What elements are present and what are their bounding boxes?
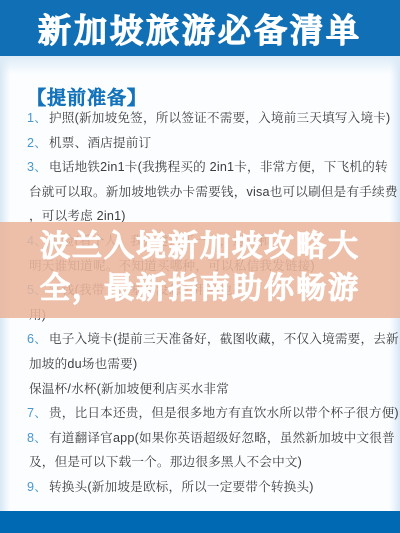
checklist-line-number: 7、 <box>27 406 47 420</box>
checklist-line: 及，但是可以下载一个。那边很多黑人不会中文) <box>27 450 382 475</box>
checklist-line-number: 8、 <box>27 431 47 445</box>
footer-bar <box>0 511 400 533</box>
checklist-line-text: 贵，比日本还贵，但是很多地方有直饮水所以带个杯子很方便) <box>49 406 399 420</box>
checklist-line-text: 有道翻译官app(如果你英语超级好忽略，虽然新加坡中文很普 <box>49 431 395 445</box>
checklist-line: 1、护照(新加坡免签，所以签证不需要，入境前三天填写入境卡) <box>27 106 382 131</box>
overlay-banner: 波兰入境新加坡攻略大 全，最新指南助你畅游 <box>0 222 400 318</box>
checklist-line-text: 台就可以取。新加坡地铁办卡需要钱，visa也可以刷但是有手续费 <box>29 185 398 199</box>
checklist-line: 加坡的du场也需要) <box>27 352 382 377</box>
overlay-title-line-2: 全，最新指南助你畅游 <box>0 268 400 310</box>
checklist-line: 保温杯/水杯(新加坡便利店买水非常 <box>27 377 382 402</box>
checklist-line-text: 护照(新加坡免签，所以签证不需要，入境前三天填写入境卡) <box>49 111 390 125</box>
header-bar: 新加坡旅游必备清单 <box>0 0 400 56</box>
checklist-line: 9、转换头(新加坡是欧标，所以一定要带个转换头) <box>27 475 382 500</box>
body-top-tint <box>0 56 400 74</box>
checklist-line-text: 机票、酒店提前订 <box>49 136 151 150</box>
checklist-line-number: 1、 <box>27 111 47 125</box>
checklist-line: 8、有道翻译官app(如果你英语超级好忽略，虽然新加坡中文很普 <box>27 426 382 451</box>
checklist-line: 2、机票、酒店提前订 <box>27 131 382 156</box>
checklist-line-number: 6、 <box>27 332 47 346</box>
checklist-line-text: 转换头(新加坡是欧标，所以一定要带个转换头) <box>49 480 314 494</box>
checklist-line-text: 电话地铁2in1卡(我携程买的 2in1卡，非常方便，下飞机的转 <box>49 160 388 174</box>
checklist-line-text: 加坡的du场也需要) <box>29 357 137 371</box>
travel-checklist-poster: 新加坡旅游必备清单 【提前准备】 1、护照(新加坡免签，所以签证不需要，入境前三… <box>0 0 400 533</box>
checklist-line-number: 2、 <box>27 136 47 150</box>
poster-title: 新加坡旅游必备清单 <box>38 5 362 52</box>
checklist-line: 台就可以取。新加坡地铁办卡需要钱，visa也可以刷但是有手续费 <box>27 180 382 205</box>
checklist-line: 6、电子入境卡(提前三天准备好，截图收藏，不仅入境需要，去新 <box>27 327 382 352</box>
checklist-line-text: 保温杯/水杯(新加坡便利店买水非常 <box>29 382 229 396</box>
checklist-line-text: 电子入境卡(提前三天准备好，截图收藏，不仅入境需要，去新 <box>49 332 399 346</box>
overlay-title-line-1: 波兰入境新加坡攻略大 <box>0 226 400 268</box>
checklist-line: 7、贵，比日本还贵，但是很多地方有直饮水所以带个杯子很方便) <box>27 401 382 426</box>
checklist-line-number: 9、 <box>27 480 47 494</box>
checklist-line: 3、电话地铁2in1卡(我携程买的 2in1卡，非常方便，下飞机的转 <box>27 155 382 180</box>
checklist-line-text: 及，但是可以下载一个。那边很多黑人不会中文) <box>29 455 302 469</box>
checklist-line-number: 3、 <box>27 160 47 174</box>
